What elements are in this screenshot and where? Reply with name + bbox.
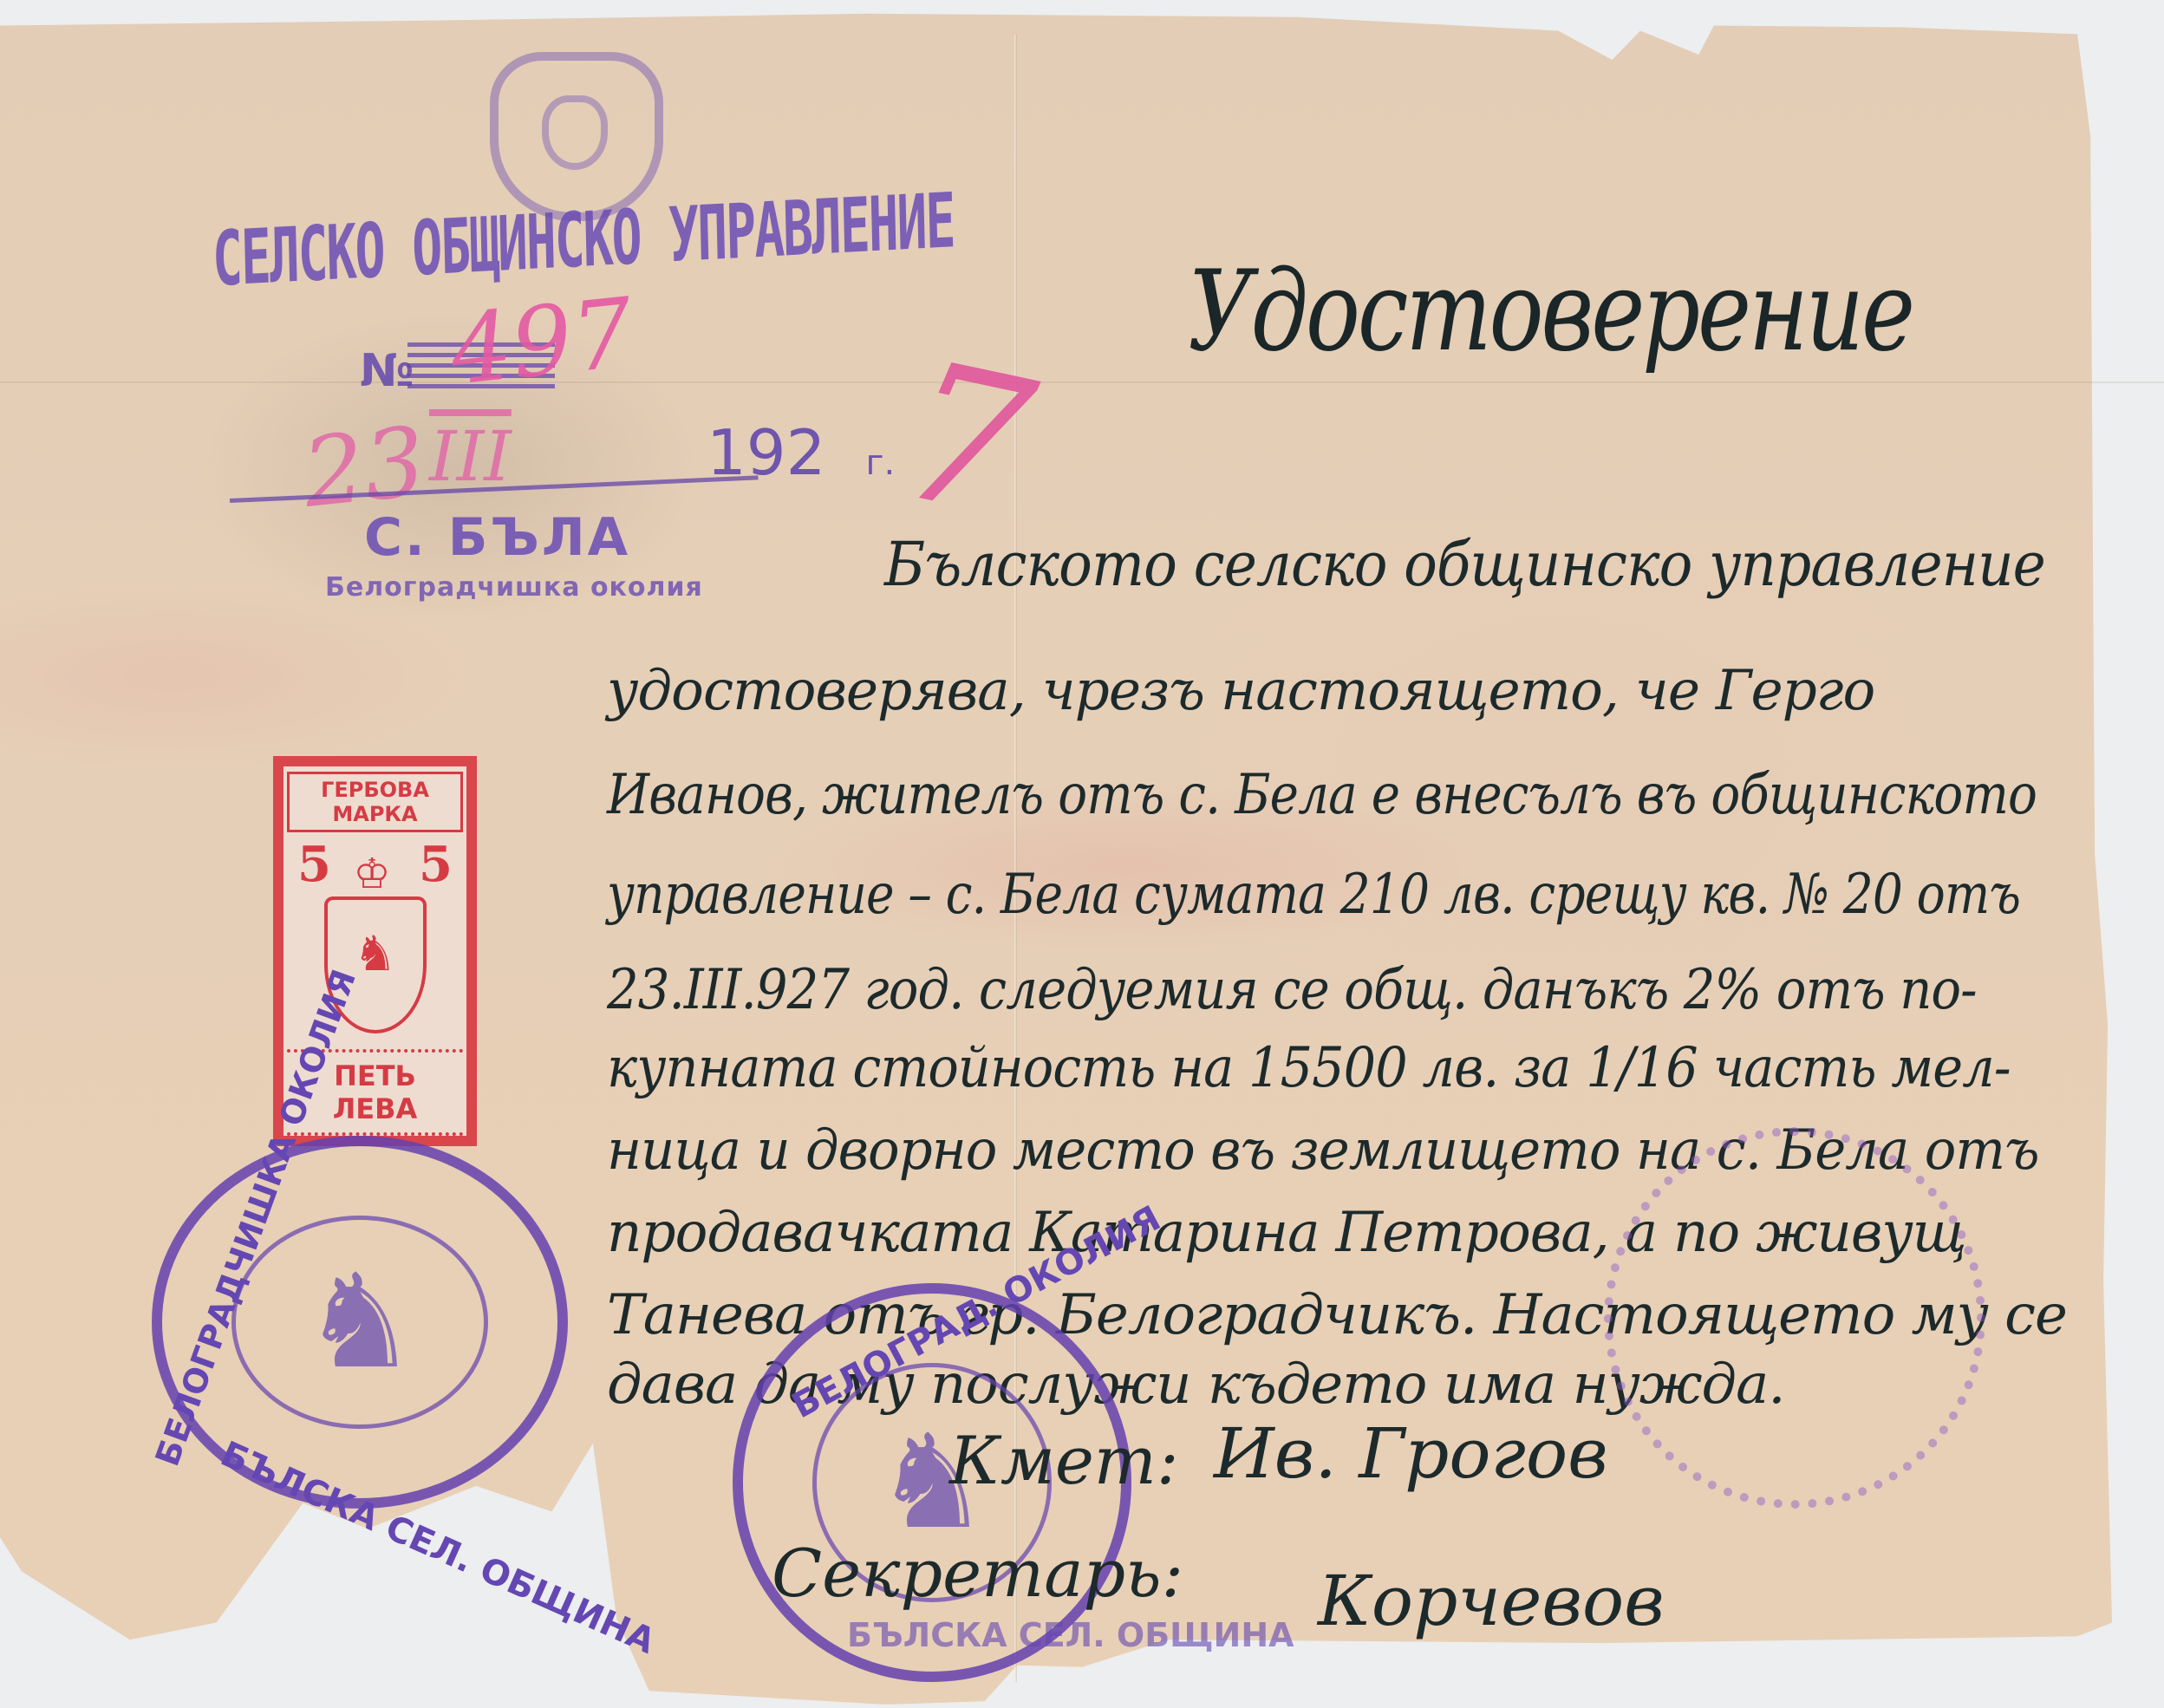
secretary-label: Секретарь: — [772, 1535, 1183, 1612]
body-line: Иванов, жителъ отъ с. Бела е внесълъ въ … — [607, 763, 2037, 827]
date-year-prefix: 192 — [707, 416, 825, 489]
faint-seal-right — [1604, 1127, 1985, 1509]
village-stamp: С. БЪЛА — [364, 507, 630, 568]
revenue-stamp-header: ГЕРБОВА МАРКА — [287, 772, 463, 832]
number-label: № — [360, 345, 414, 397]
district-stamp: Белоградчишка околия — [325, 572, 703, 603]
body-line: удостоверява, чрезъ настоящето, че Герго — [607, 659, 1874, 723]
lion-emblem-icon: ♞ — [302, 1247, 418, 1398]
seal-bottom-text: БЪЛСКА СЕЛ. ОБЩИНА — [847, 1616, 1294, 1654]
body-line: купната стойность на 15500 лв. за 1/16 ч… — [607, 1036, 2011, 1100]
fold-crease-horizontal — [0, 381, 2164, 383]
date-year-printed: 192г. — [525, 416, 895, 489]
date-month: III — [429, 416, 512, 497]
body-line: 23.III.927 год. следуемия се общ. данъкъ… — [607, 958, 1977, 1022]
body-line: управление – с. Бела сумата 210 лв. срещ… — [607, 863, 2020, 927]
registration-number: 497 — [446, 277, 638, 406]
revenue-value-left: 5 — [297, 836, 331, 893]
revenue-value-right: 5 — [419, 836, 453, 893]
mayor-signature: Ив. Грогов — [1214, 1413, 1608, 1494]
municipal-seal-left: ♞ БЕЛОГРАДЧИШКА ОКОЛИЯ БЪЛСКА СЕЛ. ОБЩИН… — [152, 1136, 568, 1509]
date-year-mark: г. — [865, 443, 895, 483]
body-line: Бълското селско общинско управление — [884, 529, 2045, 600]
document-title: Удостоверение — [1188, 247, 1913, 376]
seal-bottom-text: БЪЛСКА СЕЛ. ОБЩИНА — [215, 1434, 661, 1662]
secretary-signature: Корчевов — [1318, 1561, 1665, 1641]
mayor-label: Кмет: — [949, 1422, 1178, 1499]
